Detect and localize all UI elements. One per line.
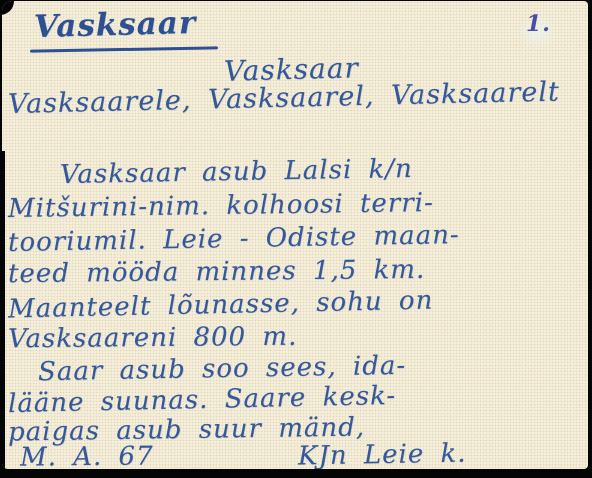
handwritten-line: tooriumil. Leie - Odiste maan- <box>8 220 460 258</box>
place-name-declensions: Vasksaarele, Vasksaarel, Vasksaarelt <box>8 76 560 120</box>
handwritten-line: teed mööda minnes 1,5 km. <box>8 255 426 289</box>
handwritten-line: Mitšurini-nim. kolhoosi terri- <box>8 188 434 224</box>
card-heading: Vasksaar <box>34 5 197 45</box>
scanned-card-scan: 1. Vasksaar Vasksaar Vasksaarele, Vasksa… <box>0 0 592 478</box>
index-card: 1. Vasksaar Vasksaar Vasksaarele, Vasksa… <box>2 1 588 469</box>
handwritten-line: Maanteelt lõunasse, sohu on <box>8 286 434 325</box>
heading-underline <box>30 46 218 52</box>
collector-signature: M. A. 67 <box>20 441 154 469</box>
page-number: 1. <box>526 11 551 37</box>
handwritten-line: Vasksaar asub Lalsi k/n <box>60 154 413 190</box>
parish-village-note: KJn Leie k. <box>298 439 467 469</box>
card-corner-shadow <box>2 1 14 15</box>
card-edge-shadow <box>2 151 5 469</box>
handwritten-line: Vasksaareni 800 m. <box>8 322 298 355</box>
